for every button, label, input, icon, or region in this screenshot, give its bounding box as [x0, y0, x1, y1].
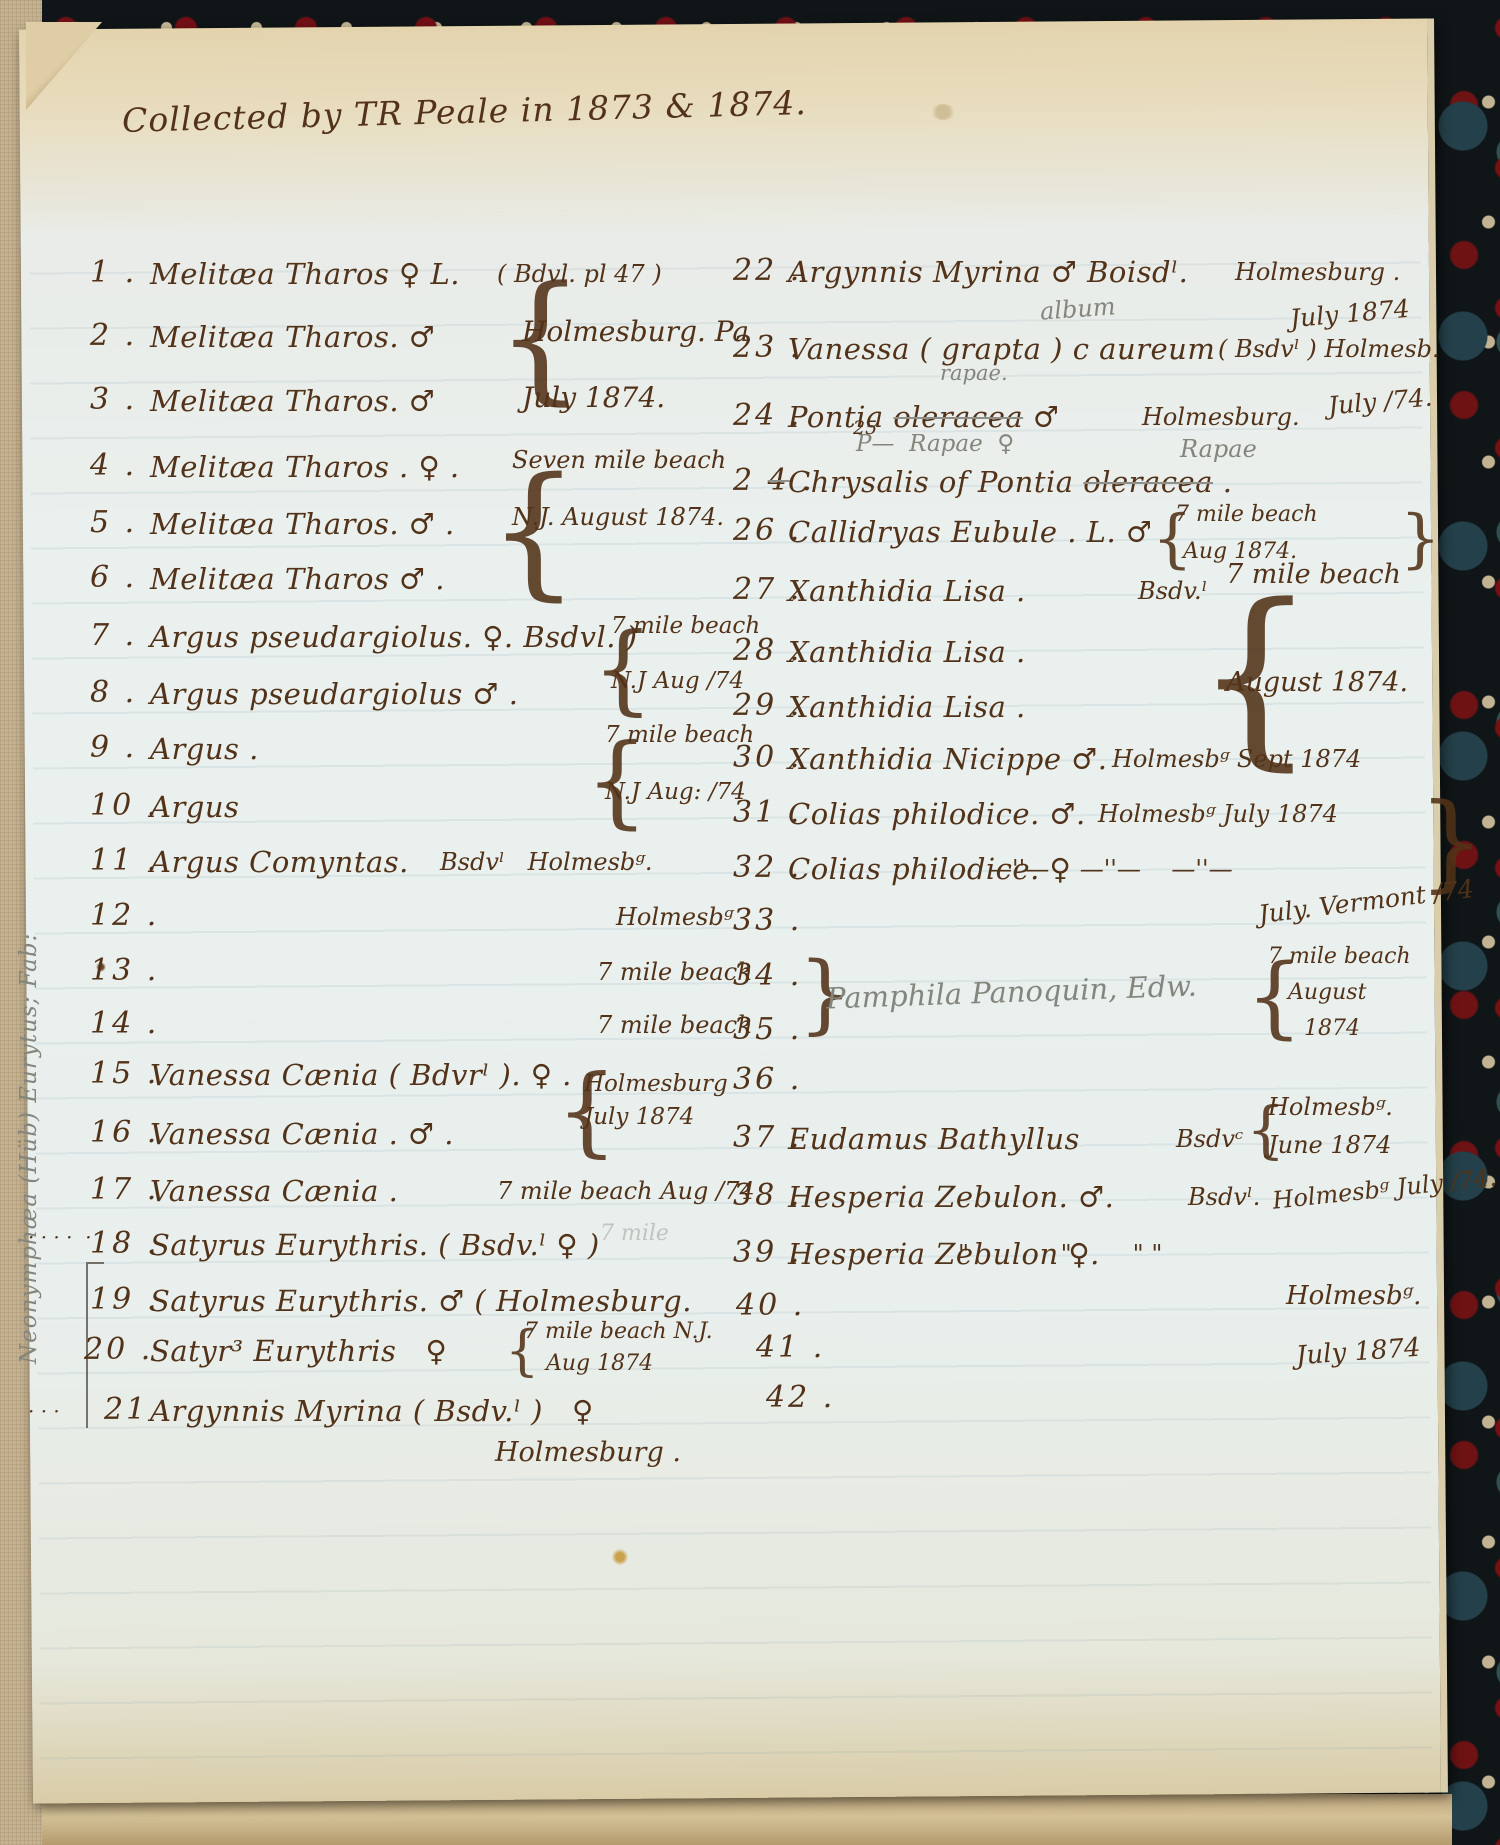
struck-text: 4 — [768, 463, 790, 498]
species-text: Colias philodice. ♂. — [788, 797, 1086, 831]
annotation-line: Rapae — [1180, 436, 1257, 463]
annotation-line: 7 mile beach — [605, 723, 754, 749]
annotation-line: album — [1039, 293, 1116, 325]
location-note: Holmesburg . — [1235, 258, 1400, 286]
species-text: Hesperia Zebulon. ♂. — [788, 1180, 1114, 1214]
location-note: " " " " — [958, 1240, 1162, 1268]
annotation-line: 7 mile beach — [1226, 560, 1408, 590]
entry-number: 42 . — [766, 1380, 835, 1415]
location-note: Bsdvᶜ — [1176, 1125, 1243, 1153]
annotation-line: 7 mile — [600, 1222, 669, 1247]
annotation-line: 7 mile beach N.J. — [524, 1320, 713, 1345]
location-note: Bsdvˡ. — [1188, 1183, 1260, 1211]
annotation-pencil-18: 7 mile — [600, 1222, 669, 1247]
annotation-note-21: Holmesburg . — [495, 1438, 681, 1468]
annotation-line: · · · — [28, 1400, 60, 1422]
species-text: Xanthidia Lisa . — [788, 574, 1026, 608]
species-text: Xanthidia Lisa . — [788, 690, 1026, 724]
annotation-line: P— Rapae ♀ — [856, 432, 1014, 458]
annotation-note-4-6: Seven mile beachN.J. August 1874. — [512, 447, 726, 531]
annotation-line: August 1874. — [1226, 668, 1408, 698]
annotation-note-20: 7 mile beach N.J.Aug 1874 — [524, 1320, 713, 1377]
annotation-pencil-25: P— Rapae ♀ — [856, 432, 1014, 458]
annotation-line: rapae. — [940, 362, 1008, 386]
struck-text: oleracea — [893, 400, 1023, 434]
species-text: Pontia oleracea ♂ — [788, 400, 1059, 434]
annotation-num-25-corr: 25 — [853, 418, 877, 439]
annotation-note-9-10: 7 mile beachN.J Aug: /74 — [605, 723, 754, 806]
annotation-pencil-24: rapae. — [940, 362, 1008, 386]
manuscript-scan: Collected by TR Peale in 1873 & 1874. Ne… — [0, 0, 1500, 1845]
entry-number: 40 . — [736, 1288, 805, 1323]
annotation-note-26: 7 mile beachAug 1874. — [1175, 503, 1318, 565]
annotation-line: Holmesbᵍ. — [1286, 1282, 1421, 1311]
annotation-note-1-3: Holmesburg. PaJuly 1874. — [522, 316, 749, 413]
entry-number: 36 . — [733, 1062, 802, 1097]
entry-number: 34 . — [733, 958, 802, 993]
species-text: Callidryas Eubule . L. ♂ — [788, 515, 1152, 549]
location-note: ( Bsdvˡ ) Holmesb. — [1218, 335, 1440, 363]
annotation-line: Seven mile beach — [512, 447, 726, 474]
annotation-line: July 1874. — [522, 382, 749, 413]
annotation-note-7-8: 7 mile beachN.J Aug /74 — [611, 614, 760, 695]
annotation-pencil-24b: Rapae — [1180, 436, 1257, 463]
annotation-line: 25 — [853, 418, 877, 439]
annotation-line: 7 mile beach — [1175, 503, 1318, 528]
annotation-note-34-35: 7 mile beachAugust1874 — [1268, 945, 1411, 1042]
species-text: Chrysalis of Pontia oleracea . — [788, 465, 1232, 499]
annotation-line: N.J. August 1874. — [512, 504, 726, 531]
annotation-line: Holmesburg — [584, 1072, 728, 1098]
struck-text: oleracea — [1083, 465, 1213, 499]
species-text: Argynnis Myrina ♂ Boisdˡ. — [788, 255, 1188, 289]
paper-stain — [612, 1548, 628, 1566]
annotation-pencil-23: album — [1039, 293, 1116, 325]
right-entry-1: 22 .Argynnis Myrina ♂ Boisdˡ.Holmesburg … — [0, 253, 1500, 317]
annotation-line: 1874 — [1304, 1017, 1411, 1042]
annotation-line: 7 mile beach — [611, 614, 760, 640]
location-note: Holmesbᵍ July 1874 — [1098, 800, 1338, 828]
annotation-line: August — [1288, 981, 1411, 1006]
annotation-line: 7 mile beach — [1268, 945, 1411, 970]
annotation-line: July 1874 — [584, 1105, 728, 1131]
annotation-line: Holmesbᵍ. — [1268, 1094, 1393, 1121]
annotation-note-27-29: 7 mile beachAugust 1874. — [1226, 560, 1408, 698]
annotation-line: Holmesburg . — [495, 1438, 681, 1468]
annotation-line: Holmesburg. Pa — [522, 316, 749, 347]
annotation-line: N.J Aug: /74 — [605, 780, 754, 806]
annotation-line: June 1874 — [1268, 1132, 1393, 1159]
right-entry-21: 42 . — [0, 1380, 1500, 1444]
entry-number: 33 . — [733, 903, 802, 938]
entry-number: 41 . — [756, 1330, 825, 1365]
species-text: Eudamus Bathyllus — [788, 1122, 1080, 1156]
annotation-note-37: Holmesbᵍ.June 1874 — [1268, 1094, 1393, 1159]
species-text: Xanthidia Lisa . — [788, 635, 1026, 669]
right-entry-2: 23 .Vanessa ( grapta ) c aureum( Bsdvˡ )… — [0, 330, 1500, 394]
right-entry-3: 24 .Pontia oleracea ♂Holmesburg. — [0, 398, 1500, 462]
location-note: —''— —''— —''— — [988, 855, 1233, 883]
annotation-line: N.J Aug /74 — [611, 669, 760, 695]
location-note: Holmesburg. — [1142, 403, 1300, 431]
annotation-note-40: Holmesbᵍ. — [1286, 1282, 1421, 1311]
annotation-line: Aug 1874 — [546, 1352, 713, 1377]
annotation-margin-dots2: · · · — [28, 1400, 60, 1422]
species-text: Xanthidia Nicippe ♂. — [788, 742, 1107, 776]
annotation-note-15-16: HolmesburgJuly 1874 — [584, 1072, 728, 1131]
entry-number: 35 . — [733, 1012, 802, 1047]
annotation-margin-dots: · · · · · — [28, 1226, 92, 1248]
annotation-line: · · · · · — [28, 1226, 92, 1248]
paper-stain — [930, 104, 956, 120]
